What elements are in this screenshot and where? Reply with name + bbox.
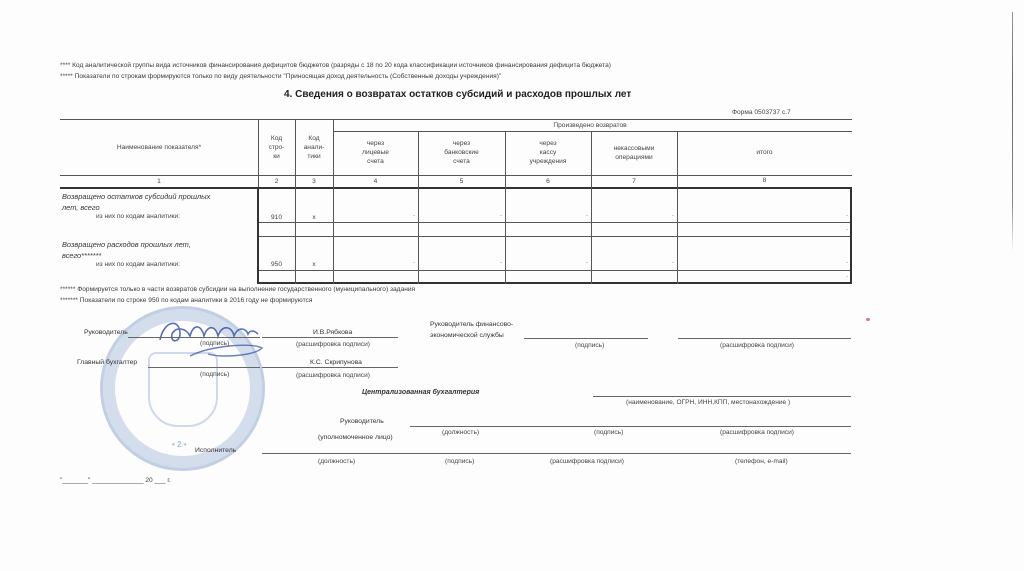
executor-signature-hint: (подпись) <box>445 458 474 465</box>
head-decoding-hint: (расшифровка подписи) <box>296 341 370 348</box>
col-num-7: 7 <box>591 178 677 185</box>
header-via-cash-desk: черезкассуучреждения <box>505 139 591 166</box>
col-num-6: 6 <box>505 178 591 185</box>
stamp-coat-of-arms <box>148 352 218 427</box>
row-950-val-5: - <box>500 260 502 266</box>
header-non-cash: некассовымиоперациями <box>591 144 677 162</box>
footnote-6-stars: ****** Формируется только в части возвра… <box>60 286 415 293</box>
section-title: 4. Сведения о возвратах остатков субсиди… <box>284 89 631 100</box>
authorized-position-hint: (должность) <box>442 429 479 436</box>
header-via-personal-accounts: черезлицевыесчета <box>333 139 418 166</box>
org-details-hint: (наименование, ОГРН, ИНН,КПП, местонахож… <box>626 399 790 406</box>
chief-accountant-signature-hint: (подпись) <box>200 371 229 378</box>
col-num-4: 4 <box>333 178 418 185</box>
col-num-5: 5 <box>418 178 505 185</box>
row-950-sub-label: из них по кодам аналитики: <box>96 261 180 268</box>
date-line: "_______" ______________ 20 ___ г. <box>60 477 171 484</box>
row-910-val-7: - <box>672 213 674 219</box>
header-returns-made: Произведено возвратов <box>540 121 640 130</box>
authorized-decoding-hint: (расшифровка подписи) <box>720 429 794 436</box>
header-analytic-code: Коданали-тики <box>295 134 333 161</box>
authorized-signature-hint: (подпись) <box>594 429 623 436</box>
row-950-analytic: x <box>295 261 333 268</box>
row-910-analytic: x <box>295 214 333 221</box>
row-910-code: 910 <box>258 214 295 221</box>
red-ink-mark <box>866 318 870 321</box>
finance-head-label-line1: Руководитель финансово- <box>430 321 513 328</box>
footnote-7-stars: ******* Показатели по строке 950 по кода… <box>60 297 312 304</box>
row-910-label: Возвращено остатков субсидий прошлыхлет,… <box>62 191 210 213</box>
footnote-4-stars: **** Код аналитической группы вида источ… <box>60 62 611 69</box>
header-indicator-name: Наименование показателя* <box>60 143 258 152</box>
row-910-val-6: - <box>586 213 588 219</box>
executor-position-hint: (должность) <box>318 458 355 465</box>
executor-phone-email-hint: (телефон, e-mail) <box>735 458 788 465</box>
row-950-val-7: - <box>672 260 674 266</box>
header-via-bank-accounts: черезбанковскиесчета <box>418 139 505 166</box>
centralized-accounting-label: Централизованная бухгалтерия <box>362 389 479 396</box>
chief-accountant-decoding-hint: (расшифровка подписи) <box>296 372 370 379</box>
finance-head-label-line2: экономической службы <box>430 332 504 339</box>
finance-head-decoding-hint: (расшифровка подписи) <box>720 342 794 349</box>
row-950-label: Возвращено расходов прошлых лет,всего***… <box>62 239 191 261</box>
row-910-val-5: - <box>500 213 502 219</box>
head-signature-hint: (подпись) <box>200 340 229 347</box>
row-950-val-4: - <box>413 260 415 266</box>
row-950-val-8: - <box>846 260 848 266</box>
head-label: Руководитель <box>84 329 128 336</box>
footnote-5-stars: ***** Показатели по строкам формируются … <box>60 73 501 80</box>
col-num-1: 1 <box>60 178 258 185</box>
row-910-val-4: - <box>413 213 415 219</box>
authorized-head-label: Руководитель <box>340 418 384 425</box>
chief-accountant-name: К.С. Скрипунова <box>310 359 362 366</box>
col-num-2: 2 <box>258 178 295 185</box>
row-910-val-8: - <box>846 213 848 219</box>
stamp-center-number: • 2 • <box>172 440 187 449</box>
executor-label: Исполнитель <box>195 447 236 454</box>
header-row-code: Кодстро-ки <box>258 134 295 161</box>
chief-accountant-label: Главный бухгалтер <box>77 359 137 366</box>
col-num-8: 8 <box>677 177 852 184</box>
header-total: итого <box>677 148 852 157</box>
row-910-sub-label: из них по кодам аналитики: <box>96 213 180 220</box>
row-910-sub-total: - <box>846 227 848 233</box>
row-950-val-6: - <box>586 260 588 266</box>
scan-edge-line <box>1012 12 1013 252</box>
executor-decoding-hint: (расшифровка подписи) <box>550 458 624 465</box>
finance-head-signature-hint: (подпись) <box>575 342 604 349</box>
head-name: И.В.Рябкова <box>313 329 352 336</box>
row-950-code: 950 <box>258 261 295 268</box>
authorized-person-hint: (уполномоченное лицо) <box>318 434 393 441</box>
col-num-3: 3 <box>295 178 333 185</box>
row-950-sub-total: - <box>846 274 848 280</box>
form-code: Форма 0503737 с.7 <box>732 109 791 116</box>
